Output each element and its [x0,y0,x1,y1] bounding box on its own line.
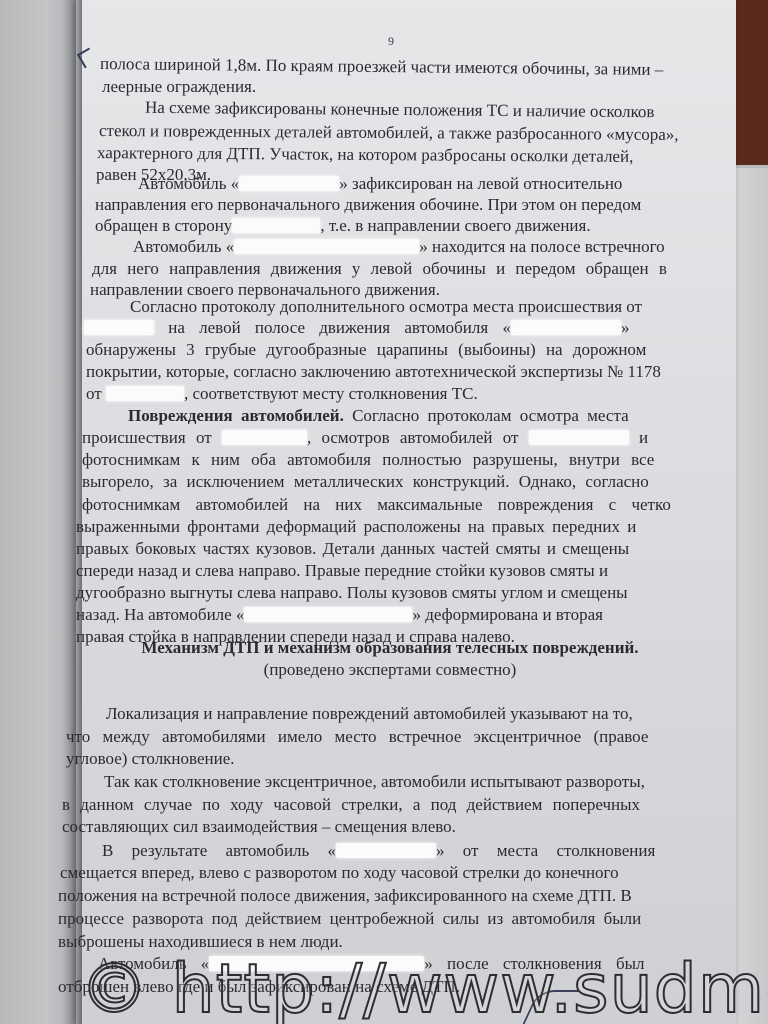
redaction [106,386,184,401]
text-line: В результате автомобиль «» от места стол… [102,840,655,863]
text-line: назад. На автомобиле «» деформирована и … [76,604,603,627]
text-line: Повреждения автомобилей. Согласно проток… [128,405,629,428]
text-line: для него направления движения у левой об… [92,258,667,281]
section-heading-inline: Повреждения автомобилей. [128,406,344,425]
text-line: Согласно протоколу дополнительного осмот… [130,296,642,319]
text-line: от , соответствуют месту столкновения ТС… [86,383,478,406]
text-line: положения на встречной полосе движения, … [58,885,632,908]
text-line: угловое) столкновение. [66,748,235,771]
redaction [529,430,629,445]
text-line: выраженными фронтами деформаций располож… [76,516,636,539]
text-line: обнаружены 3 грубые дугообразные царапин… [86,339,646,362]
section-title: Механизм ДТП и механизм образования теле… [60,638,720,658]
redaction [222,430,307,445]
redaction [336,843,436,858]
text-line: спереди назад и слева направо. Правые пе… [76,560,608,583]
text-line: Локализация и направление повреждений ав… [106,703,633,726]
text-line: смещается вперед, влево с разворотом по … [60,862,619,885]
redaction [232,218,320,233]
text-line: Автомобиль «» зафиксирован на левой отно… [138,173,622,196]
text-line: Автомобиль «» находится на полосе встреч… [133,236,665,259]
redaction [244,607,412,622]
text-line: дугообразно выгнуты слева направо. Полы … [76,582,628,605]
redaction [84,320,154,335]
text-line: направления его первоначального движения… [95,194,641,217]
redaction [511,320,621,335]
section-subtitle: (проведено экспертами совместно) [60,660,720,680]
text-line: происшествия от , осмотров автомобилей о… [82,427,648,450]
text-line: фотоснимкам к ним оба автомобиля полност… [82,449,654,472]
text-line: что между автомобилями имело место встре… [66,726,648,749]
text-line: правых боковых частях кузовов. Детали да… [76,538,629,561]
text-line: выгорело, за исключением металлических к… [82,471,649,494]
watermark: © http://www.sudmed.ru [80,950,768,1024]
text-line: покрытии, которые, согласно заключению а… [86,361,661,384]
text-line: фотоснимкам автомобилей на них максималь… [82,494,671,517]
text-line: процессе разворота под действием центроб… [58,908,641,931]
text-line: леерные ограждения. [102,76,256,99]
page-number: 9 [388,34,394,49]
text-line: На схеме зафиксированы конечные положени… [145,97,655,124]
text-line: на левой полосе движения автомобиля «» [84,317,629,340]
redaction [239,176,339,191]
text-line: обращен в сторону, т.е. в направлении св… [95,215,591,238]
text-line: составляющих сил взаимодействия – смещен… [62,816,456,839]
text-line: в данном случае по ходу часовой стрелки,… [62,794,640,817]
redaction [234,239,419,254]
text-line: Так как столкновение эксцентричное, авто… [104,771,645,794]
